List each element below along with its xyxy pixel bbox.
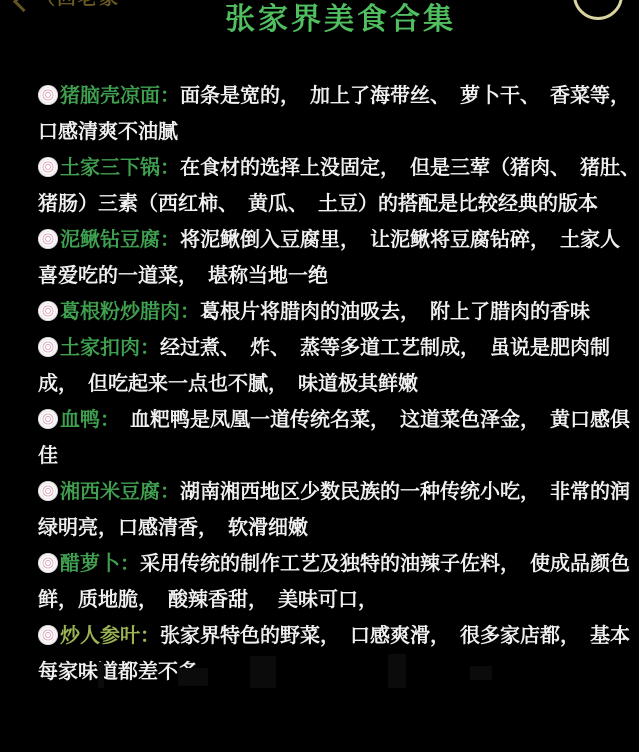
item-name: 湘西米豆腐： <box>60 481 180 503</box>
item-desc: 葛根片将腊肉的油吸去， 附上了腊肉的香味 <box>200 301 590 323</box>
flower-rosette-icon <box>38 301 58 321</box>
list-item: 土家三下锅：在食材的选择上没固定， 但是三荤（猪肉、 猪肚、 猪肠）三素（西红柿… <box>38 150 631 222</box>
topbar-partial-text: （回老家 <box>36 0 120 12</box>
list-item: 土家扣肉：经过煮、 炸、 蒸等多道工艺制成， 虽说是肥肉制成， 但吃起来一点也不… <box>38 330 631 402</box>
flower-rosette-icon <box>38 409 58 429</box>
food-list: 猪脑壳凉面：面条是宽的， 加上了海带丝、 萝卜干、 香菜等， 口感清爽不油腻 土… <box>0 78 639 690</box>
flower-rosette-icon <box>38 229 58 249</box>
flower-rosette-icon <box>38 553 58 573</box>
list-item: 猪脑壳凉面：面条是宽的， 加上了海带丝、 萝卜干、 香菜等， 口感清爽不油腻 <box>38 78 631 150</box>
item-desc: 血粑鸭是凤凰一道传统名菜， 这道菜色泽金， 黄口感俱佳 <box>38 409 630 467</box>
item-name: 泥鳅钻豆腐： <box>60 229 180 251</box>
list-item: 泥鳅钻豆腐：将泥鳅倒入豆腐里， 让泥鳅将豆腐钻碎， 土家人喜爱吃的一道菜， 堪称… <box>38 222 631 294</box>
list-item: 湘西米豆腐：湖南湘西地区少数民族的一种传统小吃， 非常的润绿明亮，口感清香， 软… <box>38 474 631 546</box>
item-name: 猪脑壳凉面： <box>60 85 180 107</box>
item-name: 醋萝卜： <box>60 553 140 575</box>
back-chevron-icon[interactable] <box>13 0 34 12</box>
flower-rosette-icon <box>38 337 58 357</box>
item-name: 土家三下锅： <box>60 157 180 179</box>
item-name: 葛根粉炒腊肉： <box>60 301 200 323</box>
item-name: 土家扣肉： <box>60 337 160 359</box>
flower-rosette-icon <box>38 85 58 105</box>
item-name: 炒人参叶： <box>60 625 160 647</box>
faint-watermark-artifacts <box>0 648 639 708</box>
list-item: 血鸭： 血粑鸭是凤凰一道传统名菜， 这道菜色泽金， 黄口感俱佳 <box>38 402 631 474</box>
list-item: 醋萝卜：采用传统的制作工艺及独特的油辣子佐料， 使成品颜色鲜，质地脆， 酸辣香甜… <box>38 546 631 618</box>
flower-rosette-icon <box>38 157 58 177</box>
flower-rosette-icon <box>38 481 58 501</box>
list-item: 葛根粉炒腊肉：葛根片将腊肉的油吸去， 附上了腊肉的香味 <box>38 294 631 330</box>
item-name: 血鸭： <box>60 409 110 431</box>
top-bar: （回老家 <box>0 0 639 16</box>
flower-rosette-icon <box>38 625 58 645</box>
